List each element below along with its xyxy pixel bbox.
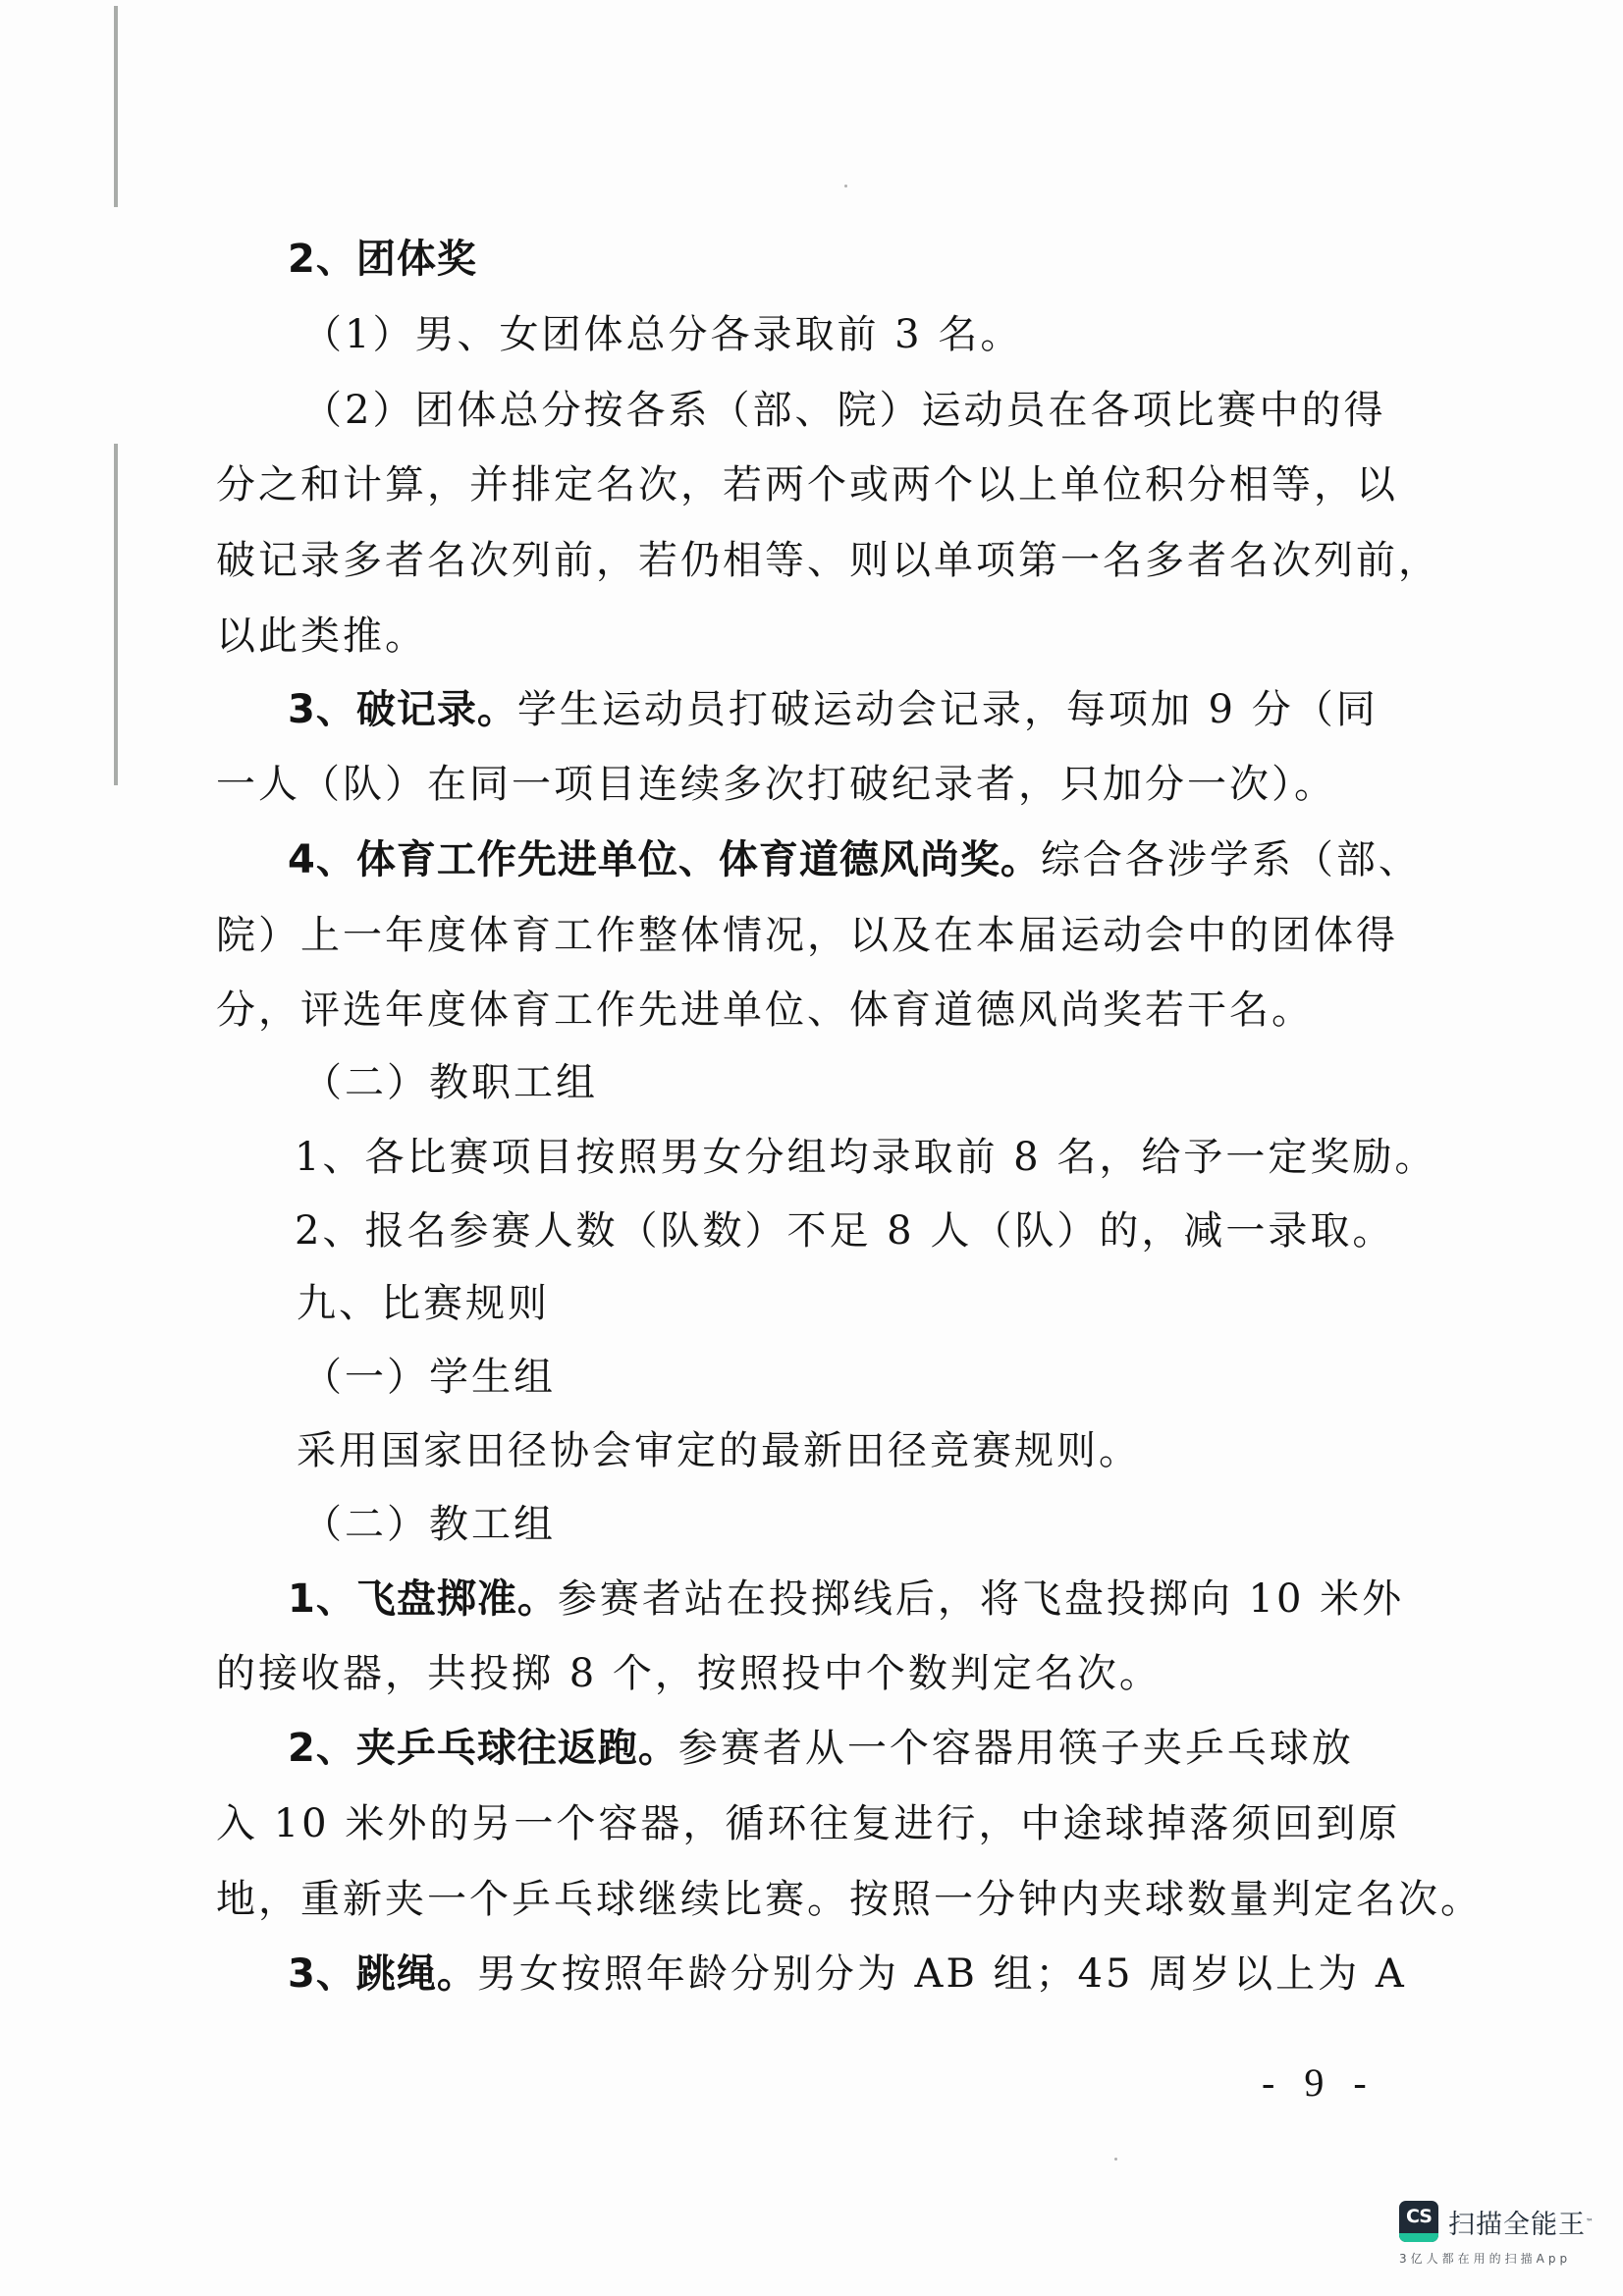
text-line: 2、夹乒乓球往返跑。参赛者从一个容器用筷子夹乒乓球放	[288, 1721, 1354, 1776]
body-text: 采用国家田径协会审定的最新田径竞赛规则。	[297, 1428, 1141, 1473]
body-text: 入 10 米外的另一个容器，循环往复进行，中途球掉落须回到原	[216, 1801, 1400, 1846]
text-line: 3、破记录。学生运动员打破运动会记录，每项加 9 分（同	[288, 682, 1379, 737]
body-text: 地，重新夹一个乒乓球继续比赛。按照一分钟内夹球数量判定名次。	[216, 1877, 1483, 1922]
text-line: 2、报名参赛人数（队数）不足 8 人（队）的，减一录取。	[295, 1203, 1394, 1258]
bold-heading-text: 4、体育工作先进单位、体育道德风尚奖。	[288, 837, 1041, 882]
text-line: 1、飞盘掷准。参赛者站在投掷线后，将飞盘投掷向 10 米外	[288, 1572, 1404, 1627]
body-text: （二）教工组	[302, 1502, 556, 1547]
text-line: （2）团体总分按各系（部、院）运动员在各项比赛中的得	[302, 383, 1385, 438]
text-line: 的接收器，共投掷 8 个，按照投中个数判定名次。	[216, 1646, 1162, 1701]
scan-margin-mark-top	[114, 6, 118, 207]
body-text: 1、各比赛项目按照男女分组均录取前 8 名，给予一定奖励。	[295, 1135, 1436, 1180]
text-line: 采用国家田径协会审定的最新田径竞赛规则。	[297, 1423, 1141, 1478]
scan-speck	[844, 185, 847, 187]
text-line: 以此类推。	[216, 609, 427, 664]
body-text: 一人（队）在同一项目连续多次打破纪录者，只加分一次）。	[216, 762, 1336, 807]
body-text: 以此类推。	[216, 614, 427, 659]
body-text: （二）教职工组	[302, 1060, 598, 1105]
scanned-document-page: 2、团体奖（1）男、女团体总分各录取前 3 名。（2）团体总分按各系（部、院）运…	[0, 0, 1623, 2296]
text-line: 入 10 米外的另一个容器，循环往复进行，中途球掉落须回到原	[216, 1796, 1400, 1851]
body-text: （1）男、女团体总分各录取前 3 名。	[302, 312, 1022, 357]
bold-heading-text: 3、跳绳。	[288, 1951, 477, 1997]
text-line: 地，重新夹一个乒乓球继续比赛。按照一分钟内夹球数量判定名次。	[216, 1872, 1483, 1927]
text-line: （二）教工组	[302, 1497, 556, 1552]
text-line: 分，评选年度体育工作先进单位、体育道德风尚奖若干名。	[216, 983, 1314, 1038]
logo-text: CS	[1406, 2206, 1432, 2227]
bold-heading-text: 1、飞盘掷准。	[288, 1576, 558, 1622]
body-text: （2）团体总分按各系（部、院）运动员在各项比赛中的得	[302, 388, 1385, 433]
watermark-header: CS 扫描全能王 ™	[1399, 2201, 1615, 2242]
camscanner-logo-icon: CS	[1399, 2201, 1438, 2242]
body-text: 分，评选年度体育工作先进单位、体育道德风尚奖若干名。	[216, 988, 1314, 1033]
watermark-slogan: 3亿人都在用的扫描App	[1399, 2250, 1615, 2267]
body-text: 参赛者从一个容器用筷子夹乒乓球放	[678, 1726, 1354, 1771]
trademark-mark: ™	[1586, 2217, 1594, 2226]
bold-heading-text: 3、破记录。	[288, 687, 517, 732]
text-line: （二）教职工组	[302, 1055, 598, 1110]
text-line: 分之和计算，并排定名次，若两个或两个以上单位积分相等，以	[216, 457, 1398, 512]
body-text: 院）上一年度体育工作整体情况，以及在本届运动会中的团体得	[216, 913, 1398, 958]
body-text: （一）学生组	[302, 1355, 556, 1400]
text-line: （一）学生组	[302, 1350, 556, 1405]
text-line: 2、团体奖	[288, 232, 477, 287]
text-line: 院）上一年度体育工作整体情况，以及在本届运动会中的团体得	[216, 908, 1398, 963]
text-line: 九、比赛规则	[297, 1276, 550, 1331]
text-line: 4、体育工作先进单位、体育道德风尚奖。综合各涉学系（部、	[288, 832, 1421, 887]
camscanner-watermark: CS 扫描全能王 ™ 3亿人都在用的扫描App	[1399, 2201, 1615, 2267]
text-line: 1、各比赛项目按照男女分组均录取前 8 名，给予一定奖励。	[295, 1130, 1436, 1185]
body-text: 2、报名参赛人数（队数）不足 8 人（队）的，减一录取。	[295, 1208, 1394, 1254]
body-text: 参赛者站在投掷线后，将飞盘投掷向 10 米外	[558, 1576, 1404, 1622]
body-text: 分之和计算，并排定名次，若两个或两个以上单位积分相等，以	[216, 462, 1398, 507]
text-line: （1）男、女团体总分各录取前 3 名。	[302, 307, 1022, 362]
body-text: 学生运动员打破运动会记录，每项加 9 分（同	[517, 687, 1379, 732]
body-text: 的接收器，共投掷 8 个，按照投中个数判定名次。	[216, 1651, 1162, 1696]
watermark-app-name: 扫描全能王	[1448, 2203, 1586, 2241]
body-text: 九、比赛规则	[297, 1281, 550, 1326]
page-number: - 9 -	[1262, 2059, 1377, 2106]
bold-heading-text: 2、团体奖	[288, 237, 477, 282]
text-line: 3、跳绳。男女按照年龄分别分为 AB 组；45 周岁以上为 A	[288, 1947, 1407, 2002]
body-text: 综合各涉学系（部、	[1041, 837, 1421, 882]
logo-band	[1399, 2233, 1438, 2242]
text-line: 破记录多者名次列前，若仍相等、则以单项第一名多者名次列前，	[216, 533, 1440, 588]
body-text: 破记录多者名次列前，若仍相等、则以单项第一名多者名次列前，	[216, 538, 1440, 583]
body-text: 男女按照年龄分别分为 AB 组；45 周岁以上为 A	[477, 1951, 1407, 1997]
bold-heading-text: 2、夹乒乓球往返跑。	[288, 1726, 678, 1771]
scan-speck	[1114, 2158, 1117, 2161]
text-line: 一人（队）在同一项目连续多次打破纪录者，只加分一次）。	[216, 757, 1336, 812]
scan-margin-mark-bottom	[114, 444, 118, 785]
